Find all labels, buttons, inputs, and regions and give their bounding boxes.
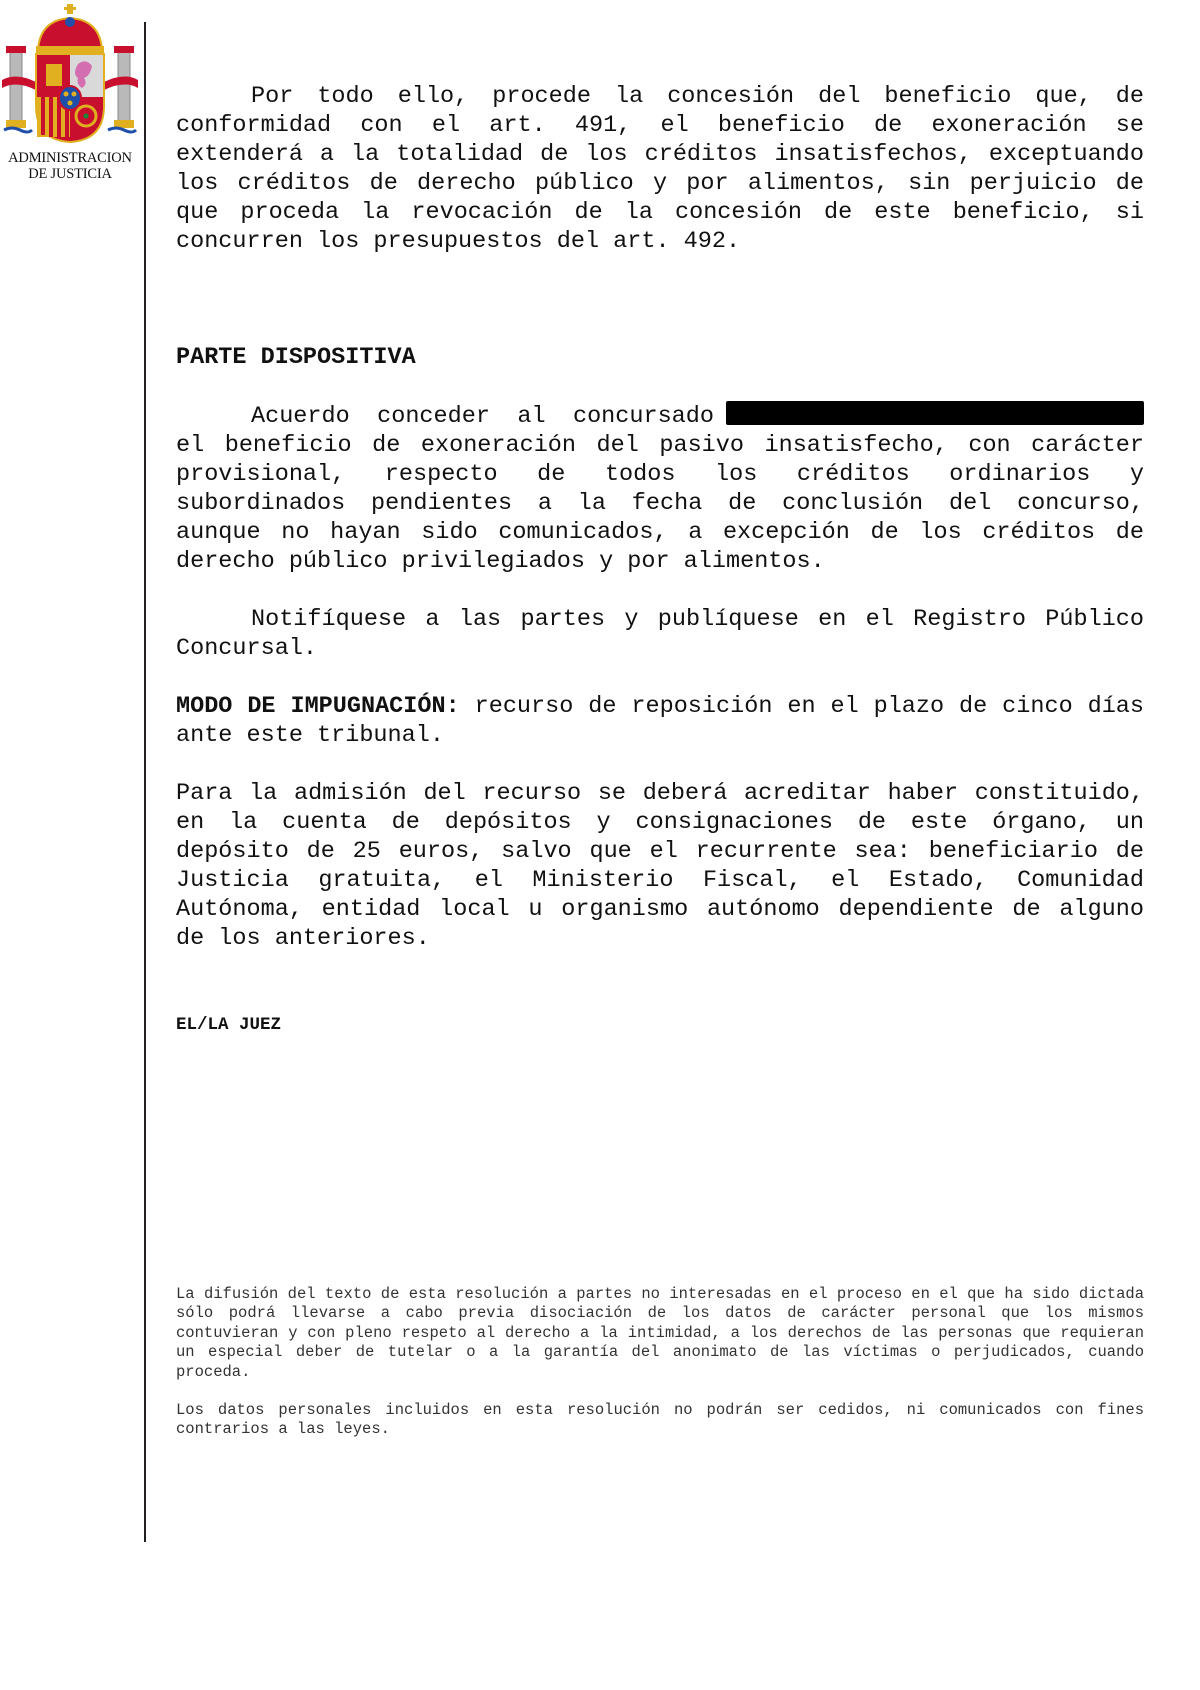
privacy-footer: La difusión del texto de esta resolución… bbox=[176, 1285, 1144, 1440]
paragraph-deposito: Para la admisión del recurso se deberá a… bbox=[176, 779, 1144, 953]
privacy-notice-2: Los datos personales incluidos en esta r… bbox=[176, 1401, 1144, 1440]
margin-rule bbox=[144, 22, 146, 1542]
paragraph-acuerdo: Acuerdo conceder al concursado el benefi… bbox=[176, 401, 1144, 576]
redacted-name bbox=[726, 401, 1144, 425]
privacy-notice-1: La difusión del texto de esta resolución… bbox=[176, 1285, 1144, 1382]
section-heading: PARTE DISPOSITIVA bbox=[176, 343, 1144, 372]
paragraph-fundamentos: Por todo ello, procede la concesión del … bbox=[176, 82, 1144, 256]
acuerdo-lead: Acuerdo conceder al concursado bbox=[251, 403, 714, 430]
document-body: Por todo ello, procede la concesión del … bbox=[176, 82, 1144, 1040]
ministry-logo: ADMINISTRACION DE JUSTICIA bbox=[0, 0, 140, 185]
coat-of-arms-spain-icon bbox=[0, 2, 140, 150]
paragraph-notificacion: Notifíquese a las partes y publíquese en… bbox=[176, 605, 1144, 663]
acuerdo-rest: el beneficio de exoneración del pasivo i… bbox=[176, 432, 1144, 575]
paragraph-impugnacion: MODO DE IMPUGNACIÓN: recurso de reposici… bbox=[176, 692, 1144, 750]
document-page: ADMINISTRACION DE JUSTICIA Por todo ello… bbox=[0, 0, 1200, 1690]
logo-line-1: ADMINISTRACION bbox=[0, 150, 140, 166]
signature-block: EL/LA JUEZ bbox=[176, 1011, 1144, 1040]
impugnacion-label: MODO DE IMPUGNACIÓN: bbox=[176, 693, 460, 720]
logo-line-2: DE JUSTICIA bbox=[0, 166, 140, 182]
